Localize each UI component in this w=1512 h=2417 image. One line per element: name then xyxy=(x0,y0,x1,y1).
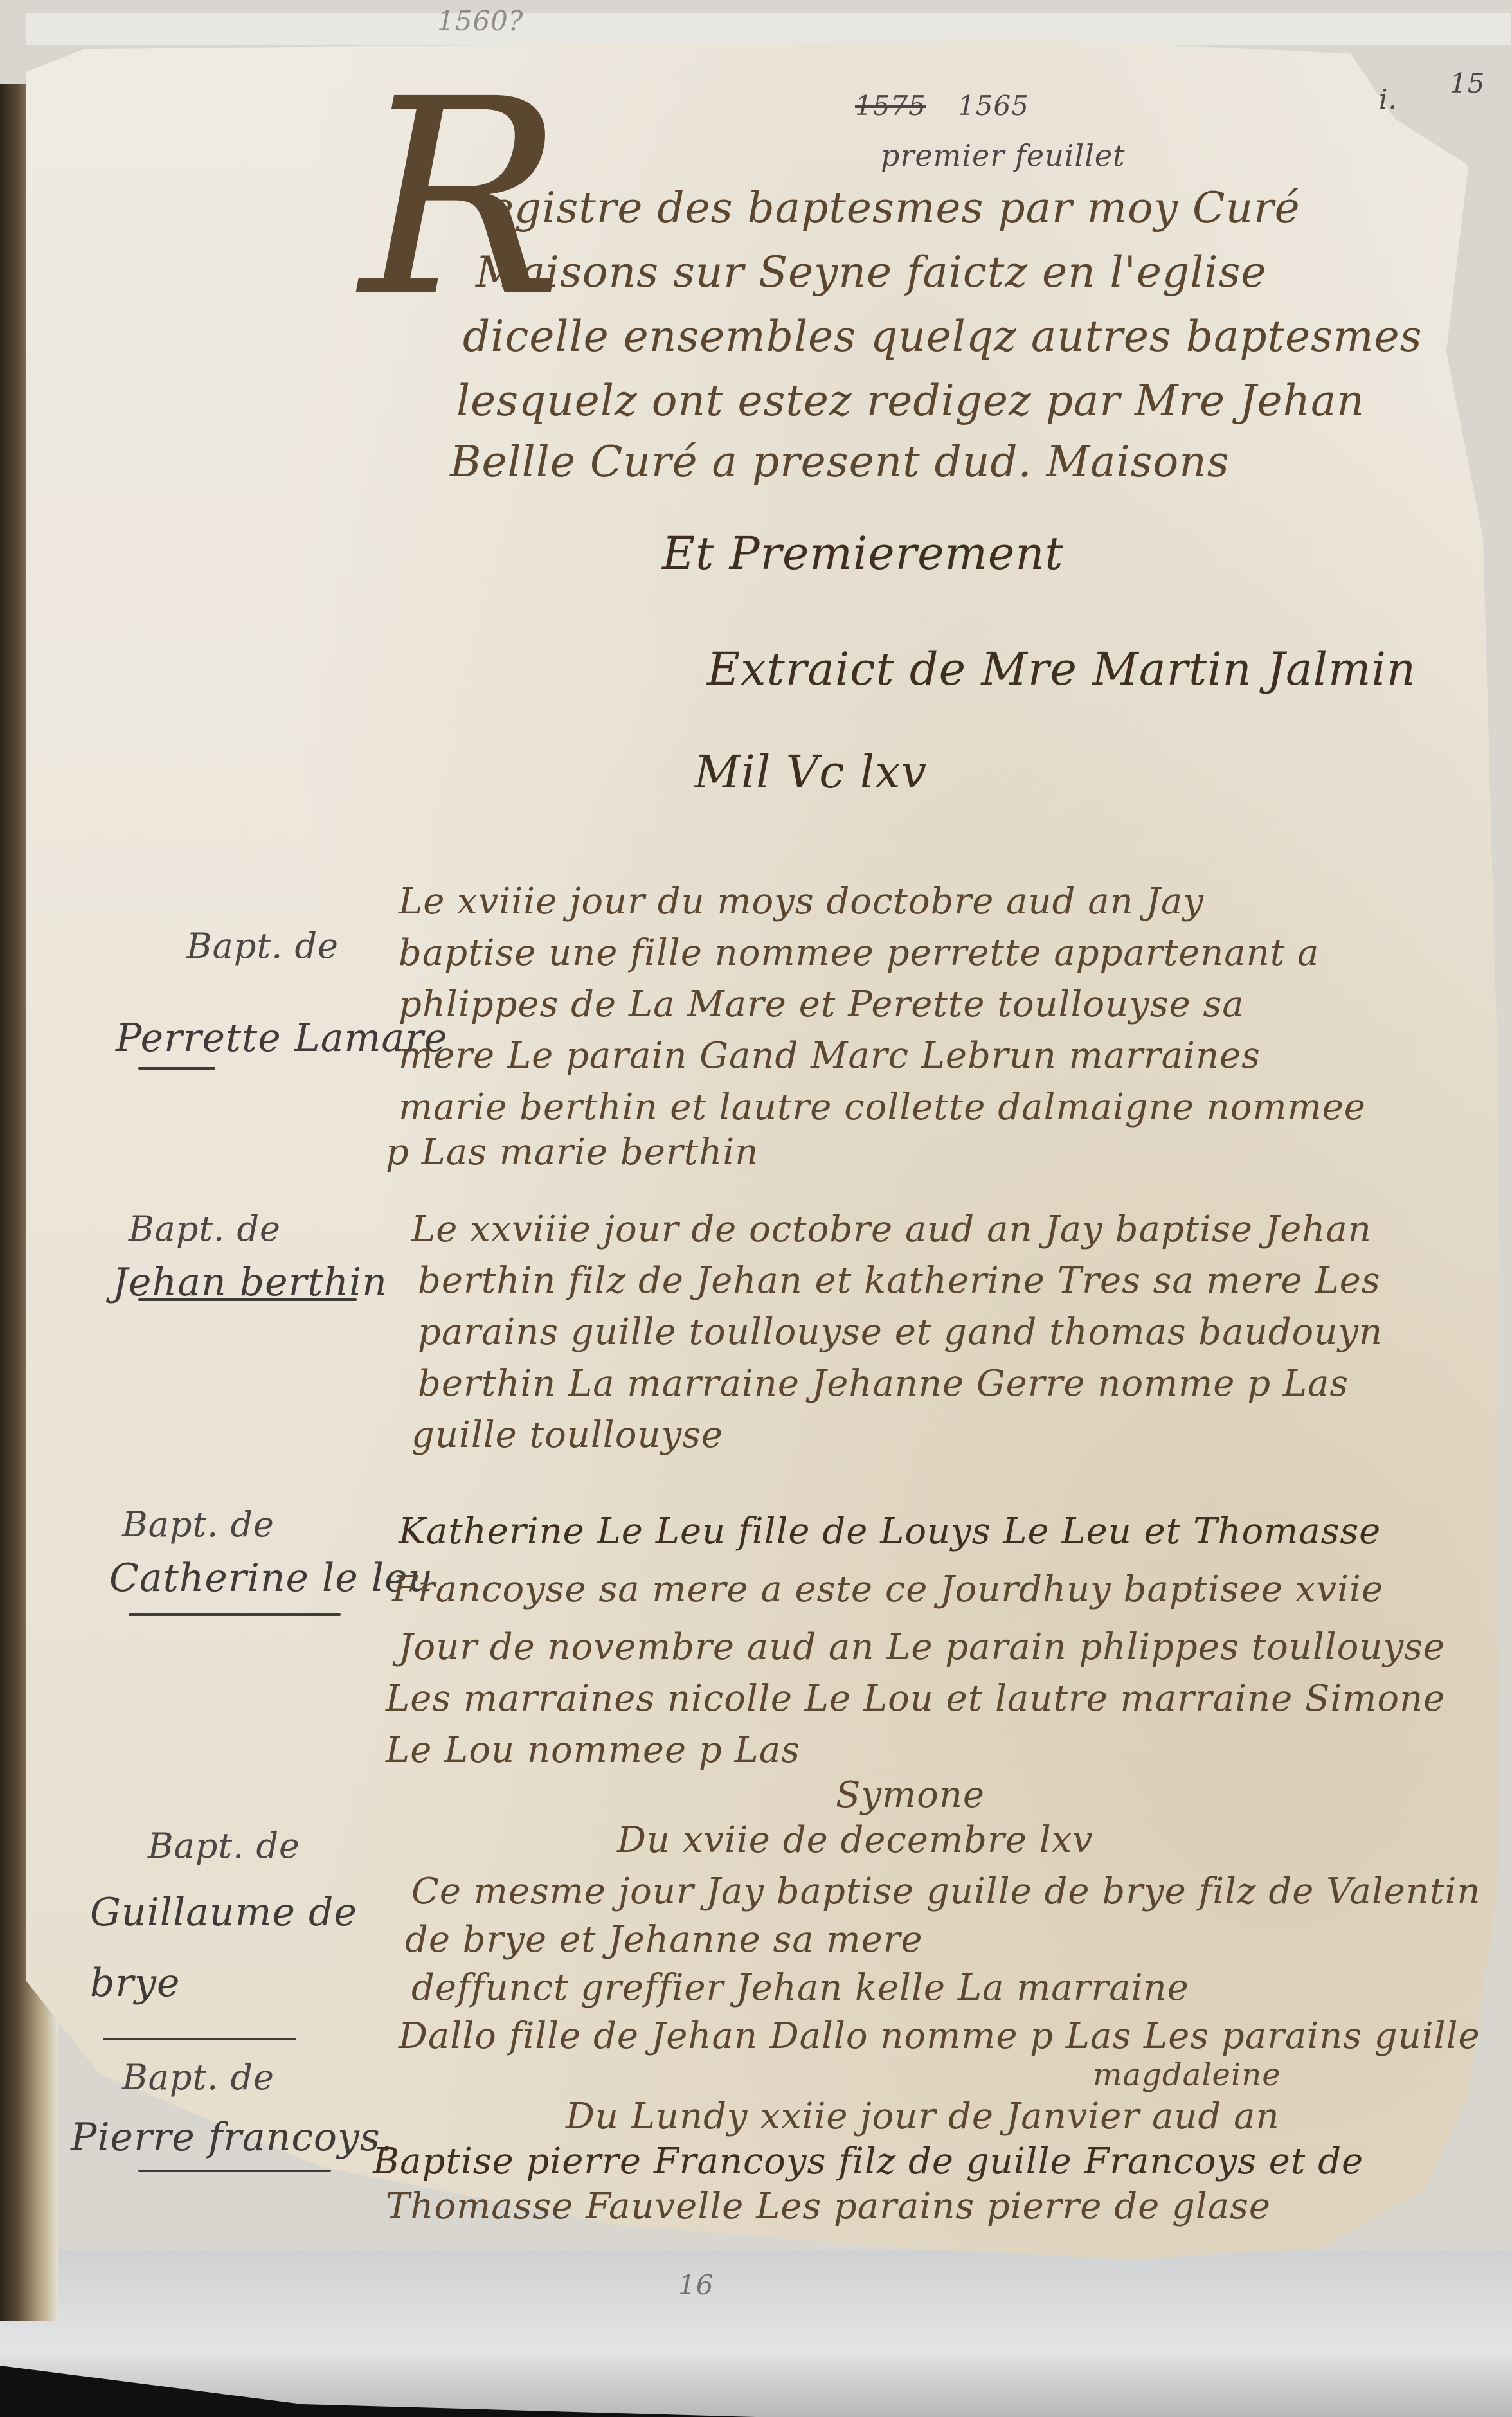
entry-4-line-4: deffunct greffier Jehan kelle La marrain… xyxy=(411,1967,1189,2009)
entry-2-line-2: berthin filz de Jehan et katherine Tres … xyxy=(418,1260,1381,1302)
page-number-bottom: 16 xyxy=(678,2269,714,2301)
entry-1-line-3: phlippes de La Mare et Perette toullouys… xyxy=(399,984,1245,1025)
margin-underline xyxy=(103,2038,296,2040)
entry-1-line-1: Le xviiie jour du moys doctobre aud an J… xyxy=(399,881,1204,922)
folio-roman: i. xyxy=(1379,84,1398,115)
preamble-line-5: Bellle Curé a present dud. Maisons xyxy=(450,437,1230,487)
entry-2-line-3: parains guille toullouyse et gand thomas… xyxy=(418,1311,1383,1353)
margin-label: Bapt. de xyxy=(148,1826,300,1866)
entry-2-line-5: guille toullouyse xyxy=(411,1414,723,1456)
entry-3-line-6: Symone xyxy=(836,1774,985,1816)
entry-1-line-5: marie berthin et lautre collette dalmaig… xyxy=(399,1086,1366,1128)
margin-underline xyxy=(138,1298,357,1301)
sheet-label: premier feuillet xyxy=(881,138,1126,173)
entry-4-line-3: de brye et Jehanne sa mere xyxy=(405,1919,923,1961)
entry-4-line-5: Dallo fille de Jehan Dallo nomme p Las L… xyxy=(399,2015,1480,2057)
entry-5-line-3: Thomasse Fauvelle Les parains pierre de … xyxy=(386,2186,1271,2227)
subheading: Extraict de Mre Martin Jalmin xyxy=(707,643,1416,696)
year-line: Mil Vc lxv xyxy=(694,746,927,798)
entry-3-line-4: Les marraines nicolle Le Lou et lautre m… xyxy=(386,1678,1445,1720)
entry-3-line-3: Jour de novembre aud an Le parain phlipp… xyxy=(399,1626,1445,1668)
margin-name: Catherine le leu xyxy=(109,1556,433,1601)
margin-underline xyxy=(129,1613,341,1616)
mount-fabric xyxy=(0,2250,1512,2417)
preamble-line-4: lesquelz ont estez redigez par Mre Jehan xyxy=(456,376,1365,426)
struck-year: 1575 xyxy=(855,90,926,121)
entry-1-line-2: baptise une fille nommee perrette appart… xyxy=(399,932,1319,974)
entry-5-line-1: Du Lundy xxiie jour de Janvier aud an xyxy=(566,2096,1280,2137)
entry-4-line-2: Ce mesme jour Jay baptise guille de brye… xyxy=(411,1871,1480,1912)
entry-4-line-6: magdaleine xyxy=(1093,2057,1281,2093)
pencil-year-note: 1560? xyxy=(437,5,523,37)
entry-2-line-1: Le xxviiie jour de octobre aud an Jay ba… xyxy=(411,1208,1372,1250)
preamble-line-2: Maisons sur Seyne faictz en l'eglise xyxy=(476,247,1266,297)
margin-label: Bapt. de xyxy=(122,1504,274,1545)
preamble-line-3: dicelle ensembles quelqz autres baptesme… xyxy=(463,312,1423,361)
entry-3-line-1: Katherine Le Leu fille de Louys Le Leu e… xyxy=(399,1511,1381,1552)
margin-underline xyxy=(138,2170,331,2172)
entry-2-line-4: berthin La marraine Jehanne Gerre nomme … xyxy=(418,1363,1349,1405)
entry-3-line-5: Le Lou nommee p Las xyxy=(386,1729,800,1771)
page-top-edge xyxy=(26,13,1511,45)
margin-name: Guillaume de brye xyxy=(90,1877,360,2018)
margin-label: Bapt. de xyxy=(122,2057,274,2098)
year-header: 1565 xyxy=(958,90,1029,121)
entry-1-line-4: mere Le parain Gand Marc Lebrun marraine… xyxy=(399,1035,1261,1077)
entry-4-line-1: Du xviie de decembre lxv xyxy=(617,1819,1093,1861)
entry-3-line-2: Francoyse sa mere a este ce Jourdhuy bap… xyxy=(392,1568,1383,1610)
entry-5-line-2: Baptise pierre Francoys filz de guille F… xyxy=(373,2141,1363,2182)
section-heading: Et Premierement xyxy=(662,527,1064,580)
entry-1-line-6: p Las marie berthin xyxy=(386,1131,759,1173)
page-number-top: 15 xyxy=(1450,67,1485,99)
margin-underline xyxy=(138,1067,215,1070)
preamble-line-1: egistre des baptesmes par moy Curé xyxy=(489,183,1300,233)
margin-name: Pierre francoys. xyxy=(71,2115,393,2160)
margin-label: Bapt. de xyxy=(129,1208,281,1249)
margin-label: Bapt. de xyxy=(186,926,339,966)
